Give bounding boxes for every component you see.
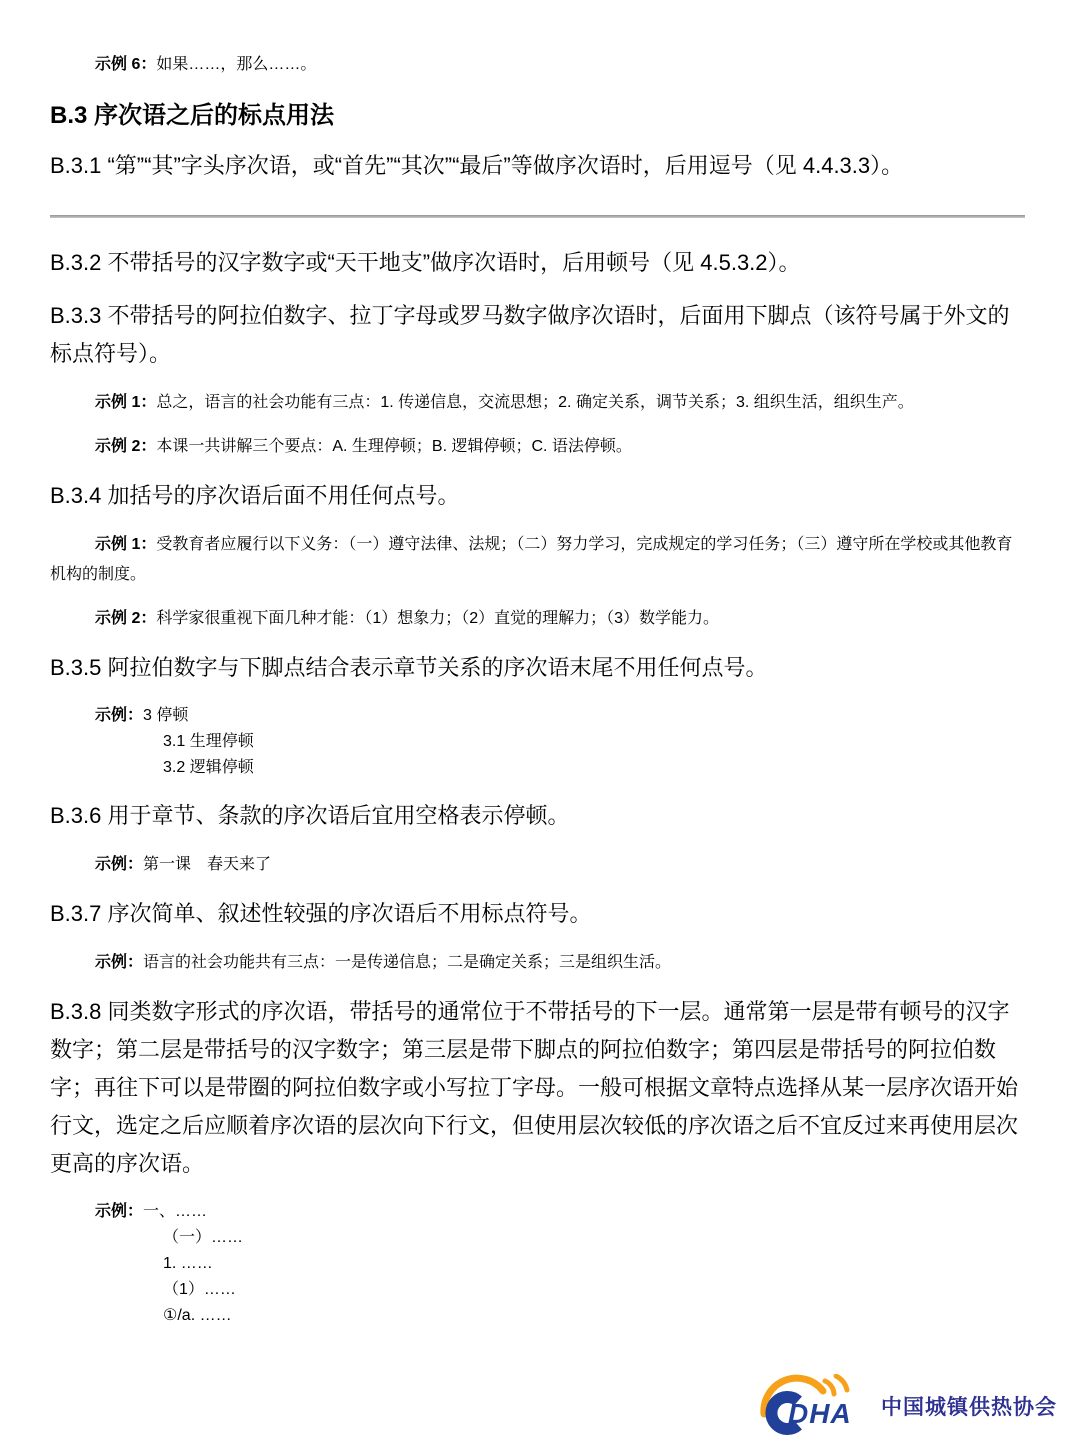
example-label: 示例 2： [95,438,156,455]
example-line: 1. …… [163,1251,1025,1277]
example-list-block: 示例：3 停顿 3.1 生理停顿 3.2 逻辑停顿 [50,703,1025,781]
example-line: （一）…… [163,1225,1025,1251]
example-line: ①/a. …… [163,1303,1025,1329]
organization-name: 中国城镇供热协会 [881,1391,1057,1421]
example-text: 总之，语言的社会功能有三点：1. 传递信息，交流思想；2. 确定关系，调节关系；… [156,394,913,411]
example-line: 3.1 生理停顿 [163,729,1025,755]
clause-b33: B.3.3 不带括号的阿拉伯数字、拉丁字母或罗马数字做序次语时，后面用下脚点（该… [50,297,1025,373]
example-text: 3 停顿 [143,707,188,724]
page-break-divider [50,215,1025,218]
example-text: 如果……，那么……。 [156,56,316,73]
example-text: 第一课 春天来了 [143,856,271,873]
example-block: 示例 1：受教育者应履行以下义务：（一）遵守法律、法规；（二）努力学习，完成规定… [50,530,1025,590]
cdha-footer-logo: DHA 中国城镇供热协会 [757,1374,1057,1438]
clause-b38: B.3.8 同类数字形式的序次语，带括号的通常位于不带括号的下一层。通常第一层是… [50,993,1025,1183]
example-label: 示例 1： [95,536,156,553]
example-label: 示例 6： [95,56,156,73]
example-text: 语言的社会功能共有三点：一是传递信息；二是确定关系；三是组织生活。 [143,954,671,971]
clause-b35: B.3.5 阿拉伯数字与下脚点结合表示章节关系的序次语末尾不用任何点号。 [50,649,1025,687]
document-page: 示例 6：如果……，那么……。 B.3 序次语之后的标点用法 B.3.1 “第”… [0,0,1075,1329]
example-label: 示例 1： [95,394,156,411]
example-list-block: 示例：一、…… （一）…… 1. …… （1）…… ①/a. …… [50,1199,1025,1329]
example-label: 示例： [95,856,143,873]
clause-b34: B.3.4 加括号的序次语后面不用任何点号。 [50,477,1025,515]
example-line: 3.2 逻辑停顿 [163,755,1025,781]
example-label: 示例 2： [95,610,156,627]
cdha-logo-acronym: DHA [788,1400,852,1428]
example-block: 示例：语言的社会功能共有三点：一是传递信息；二是确定关系；三是组织生活。 [50,948,1025,978]
clause-b36: B.3.6 用于章节、条款的序次语后宜用空格表示停顿。 [50,797,1025,835]
example-block: 示例 6：如果……，那么……。 [50,50,1025,80]
example-line: 示例：3 停顿 [50,703,1025,729]
clause-b37: B.3.7 序次简单、叙述性较强的序次语后不用标点符号。 [50,895,1025,933]
section-heading: B.3 序次语之后的标点用法 [50,100,1025,132]
clause-b31: B.3.1 “第”“其”字头序次语，或“首先”“其次”“最后”等做序次语时，后用… [50,147,1025,185]
cdha-logo-mark: DHA [757,1374,875,1438]
example-label: 示例： [95,954,143,971]
clause-b32: B.3.2 不带括号的汉字数字或“天干地支”做序次语时，后用顿号（见 4.5.3… [50,244,1025,282]
example-block: 示例 1：总之，语言的社会功能有三点：1. 传递信息，交流思想；2. 确定关系，… [50,388,1025,418]
example-block: 示例：第一课 春天来了 [50,850,1025,880]
example-line: 示例：一、…… [50,1199,1025,1225]
example-text: 受教育者应履行以下义务：（一）遵守法律、法规；（二）努力学习，完成规定的学习任务… [50,536,1012,583]
example-block: 示例 2：科学家很重视下面几种才能：（1）想象力；（2）直觉的理解力；（3）数学… [50,604,1025,634]
example-line: （1）…… [163,1277,1025,1303]
example-text: 一、…… [143,1203,207,1220]
example-label: 示例： [95,707,143,724]
example-block: 示例 2：本课一共讲解三个要点：A. 生理停顿；B. 逻辑停顿；C. 语法停顿。 [50,432,1025,462]
example-label: 示例： [95,1203,143,1220]
example-text: 本课一共讲解三个要点：A. 生理停顿；B. 逻辑停顿；C. 语法停顿。 [156,438,632,455]
example-text: 科学家很重视下面几种才能：（1）想象力；（2）直觉的理解力；（3）数学能力。 [156,610,719,627]
